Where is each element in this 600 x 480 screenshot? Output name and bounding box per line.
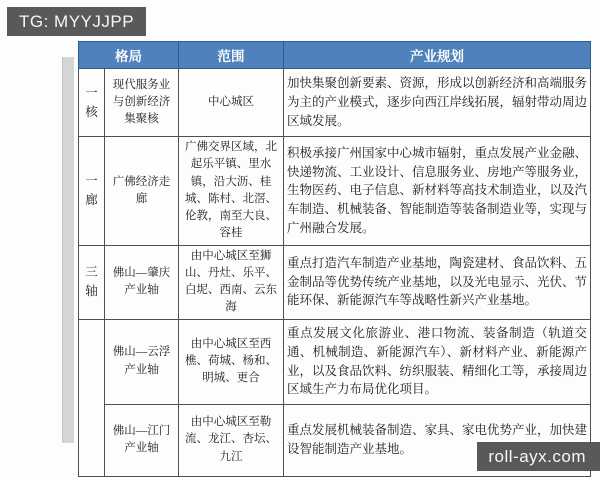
table-row-axis-zhaoqing: 三轴 佛山—肇庆产业轴 由中心城区至狮山、丹灶、乐平、白坭、西南、云东海 重点打… [79, 245, 591, 319]
cell-scope: 广佛交界区域，北起乐平镇、里水镇，沿大沥、桂城、陈村、北滘、伦教，南至大良、容桂 [179, 137, 284, 246]
cell-scope: 由中心城区至勒流、龙江、杏坛、九江 [179, 404, 284, 476]
watermark-bottom-right: roll-ayx.com [477, 442, 600, 471]
cell-industry-plan: 积极承接广州国家中心城市辐射，重点发展产业金融、快递物流、工业设计、信息服务业、… [284, 137, 591, 246]
table-row-core: 一核 现代服务业与创新经济集聚核 中心城区 加快集聚创新要素、资源，形成以创新经… [79, 69, 591, 137]
column-header-industry-plan: 产业规划 [284, 42, 591, 69]
watermark-top-left: TG: MYYJJPP [7, 7, 146, 36]
cell-industry-plan: 加快集聚创新要素、资源，形成以创新经济和高端服务为主的产业模式，逐步向西江岸线拓… [284, 69, 591, 137]
cell-axis-name: 现代服务业与创新经济集聚核 [105, 69, 179, 137]
cell-group-label [79, 319, 105, 476]
page-edge-strip [62, 57, 74, 443]
cell-scope: 由中心城区至狮山、丹灶、乐平、白坭、西南、云东海 [179, 245, 284, 319]
column-header-pattern: 格局 [79, 42, 179, 69]
cell-axis-name: 广佛经济走廊 [105, 137, 179, 246]
cell-axis-name: 佛山—江门产业轴 [105, 404, 179, 476]
cell-group-label: 一核 [79, 69, 105, 137]
table-header-row: 格局 范围 产业规划 [79, 42, 591, 69]
cell-industry-plan: 重点发展文化旅游业、港口物流、装备制造（轨道交通、机械制造、新能源汽车）、新材料… [284, 319, 591, 404]
cell-industry-plan: 重点打造汽车制造产业基地，陶瓷建材、食品饮料、五金制品等优势传统产业基地，以及光… [284, 245, 591, 319]
cell-axis-name: 佛山—云浮产业轴 [105, 319, 179, 404]
industry-planning-table: 格局 范围 产业规划 一核 现代服务业与创新经济集聚核 中心城区 加快集聚创新要… [78, 41, 591, 477]
cell-scope: 由中心城区至西樵、荷城、杨和、明城、更合 [179, 319, 284, 404]
cell-group-label: 三轴 [79, 245, 105, 319]
table-row-corridor: 一廊 广佛经济走廊 广佛交界区域，北起乐平镇、里水镇，沿大沥、桂城、陈村、北滘、… [79, 137, 591, 246]
table-row-axis-yunfu: 佛山—云浮产业轴 由中心城区至西樵、荷城、杨和、明城、更合 重点发展文化旅游业、… [79, 319, 591, 404]
cell-scope: 中心城区 [179, 69, 284, 137]
cell-group-label: 一廊 [79, 137, 105, 246]
column-header-scope: 范围 [179, 42, 284, 69]
screenshot-root: TG: MYYJJPP 格局 范围 产业规划 一核 现代服务业与创新经济集聚核 … [0, 0, 600, 480]
cell-axis-name: 佛山—肇庆产业轴 [105, 245, 179, 319]
